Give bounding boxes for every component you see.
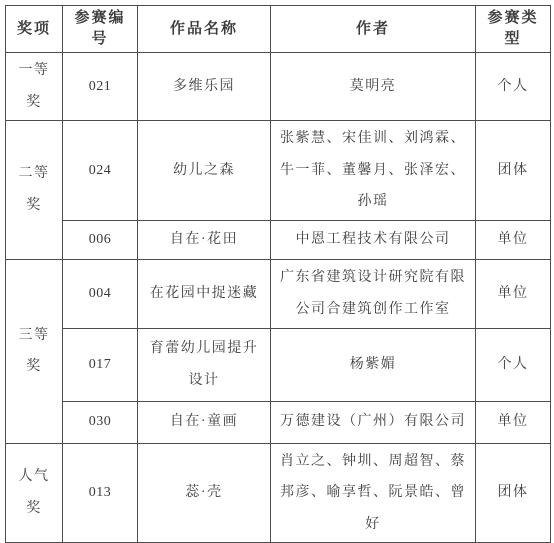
author-cell: 张紫慧、宋佳训、刘鸿霖、牛一菲、董馨月、张泽宏、孙瑶 — [271, 121, 476, 221]
work-title-cell: 在花园中捉迷藏 — [138, 259, 271, 328]
header-row: 奖项 参赛编号 作品名称 作者 参赛类型 — [6, 6, 551, 53]
entry-type-cell: 单位 — [476, 259, 551, 328]
author-cell: 莫明亮 — [271, 53, 476, 121]
entry-number-cell: 006 — [63, 220, 138, 259]
entry-number-cell: 030 — [63, 401, 138, 443]
header-entry-type: 参赛类型 — [476, 6, 551, 53]
header-author: 作者 — [271, 6, 476, 53]
work-title-cell: 多维乐园 — [138, 53, 271, 121]
table-row: 006 自在·花田 中恩工程技术有限公司 单位 — [6, 220, 551, 259]
entry-type-cell: 单位 — [476, 220, 551, 259]
header-award: 奖项 — [6, 6, 63, 53]
entry-number-cell: 017 — [63, 328, 138, 401]
table-row: 030 自在·童画 万德建设（广州）有限公司 单位 — [6, 401, 551, 443]
award-cell-third-prize: 三等奖 — [6, 259, 63, 443]
entry-type-cell: 个人 — [476, 53, 551, 121]
entry-type-cell: 个人 — [476, 328, 551, 401]
work-title-cell: 蕊·壳 — [138, 443, 271, 543]
author-cell: 杨紫媚 — [271, 328, 476, 401]
table-row: 017 育蕾幼儿园提升设计 杨紫媚 个人 — [6, 328, 551, 401]
table-row: 二等奖 024 幼儿之森 张紫慧、宋佳训、刘鸿霖、牛一菲、董馨月、张泽宏、孙瑶 … — [6, 121, 551, 221]
table-row: 人气奖 013 蕊·壳 肖立之、钟圳、周超智、蔡邦彦、喻享哲、阮景皓、曾好 团体 — [6, 443, 551, 543]
entry-type-cell: 团体 — [476, 121, 551, 221]
award-results-table: 奖项 参赛编号 作品名称 作者 参赛类型 一等奖 021 多维乐园 莫明亮 个人… — [5, 5, 551, 543]
table-row: 一等奖 021 多维乐园 莫明亮 个人 — [6, 53, 551, 121]
entry-number-cell: 004 — [63, 259, 138, 328]
entry-type-cell: 团体 — [476, 443, 551, 543]
header-entry-number: 参赛编号 — [63, 6, 138, 53]
work-title-cell: 幼儿之森 — [138, 121, 271, 221]
entry-type-cell: 单位 — [476, 401, 551, 443]
author-cell: 肖立之、钟圳、周超智、蔡邦彦、喻享哲、阮景皓、曾好 — [271, 443, 476, 543]
award-cell-second-prize: 二等奖 — [6, 121, 63, 260]
award-cell-first-prize: 一等奖 — [6, 53, 63, 121]
work-title-cell: 自在·花田 — [138, 220, 271, 259]
work-title-cell: 自在·童画 — [138, 401, 271, 443]
author-cell: 中恩工程技术有限公司 — [271, 220, 476, 259]
header-work-title: 作品名称 — [138, 6, 271, 53]
author-cell: 广东省建筑设计研究院有限公司合建筑创作工作室 — [271, 259, 476, 328]
author-cell: 万德建设（广州）有限公司 — [271, 401, 476, 443]
entry-number-cell: 024 — [63, 121, 138, 221]
entry-number-cell: 013 — [63, 443, 138, 543]
entry-number-cell: 021 — [63, 53, 138, 121]
table-row: 三等奖 004 在花园中捉迷藏 广东省建筑设计研究院有限公司合建筑创作工作室 单… — [6, 259, 551, 328]
work-title-cell: 育蕾幼儿园提升设计 — [138, 328, 271, 401]
award-cell-popularity-prize: 人气奖 — [6, 443, 63, 543]
